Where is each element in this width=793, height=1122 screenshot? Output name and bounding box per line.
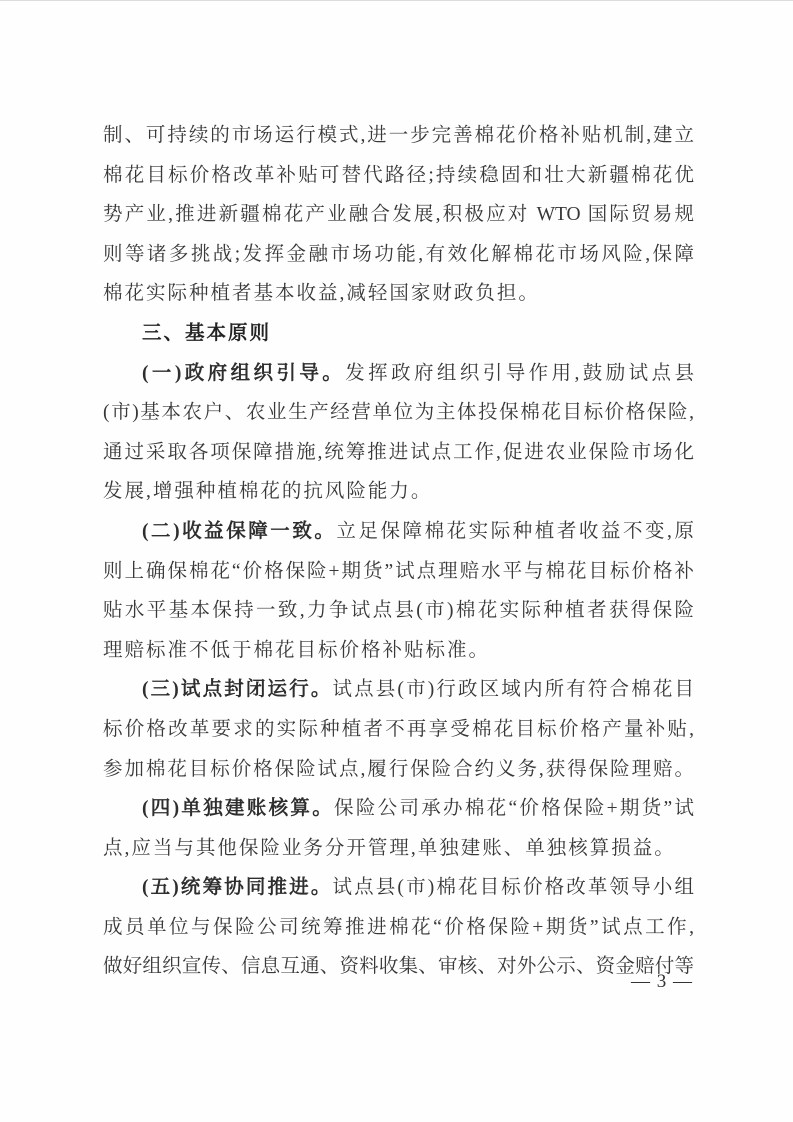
line-text: 参加棉花目标价格保险试点,履行保险合约义务,获得保险理赔。 [103, 759, 694, 780]
paragraph-line: 标价格改革要求的实际种植者不再享受棉花目标价格产量补贴, [103, 710, 694, 750]
document-body: 制、可持续的市场运行模式,进一步完善棉花价格补贴机制,建立 棉花目标价格改革补贴… [103, 116, 694, 987]
line-text: 贴水平基本保持一致,力争试点县(市)棉花实际种植者获得保险 [103, 600, 694, 621]
line-text: 棉花实际种植者基本收益,减轻国家财政负担。 [103, 283, 540, 304]
line-text: 通过采取各项保障措施,统筹推进试点工作,促进农业保险市场化 [103, 442, 694, 463]
paragraph-line: 贴水平基本保持一致,力争试点县(市)棉花实际种植者获得保险 [103, 591, 694, 631]
paragraph-line: (市)基本农户、农业生产经营单位为主体投保棉花目标价格保险, [103, 393, 694, 433]
section-heading-text: 三、基本原则 [142, 322, 271, 344]
line-text: 保险公司承办棉花“价格保险+期货”试 [334, 798, 694, 819]
paragraph-line: 点,应当与其他保险业务分开管理,单独建账、单独核算损益。 [103, 829, 694, 869]
paragraph-line: 棉花目标价格改革补贴可替代路径;持续稳固和壮大新疆棉花优 [103, 156, 694, 196]
paragraph-line: (一)政府组织引导。发挥政府组织引导作用,鼓励试点县 [103, 354, 694, 394]
clause-title: (五)统筹协同推进。 [142, 877, 332, 898]
paragraph-line: 做好组织宣传、信息互通、资料收集、审核、对外公示、资金赔付等 [103, 947, 694, 987]
paragraph-line: 发展,增强种植棉花的抗风险能力。 [103, 472, 694, 512]
paragraph-line: 势产业,推进新疆棉花产业融合发展,积极应对 WTO 国际贸易规 [103, 195, 694, 235]
page-scan-edge [0, 0, 793, 1]
paragraph-line: 通过采取各项保障措施,统筹推进试点工作,促进农业保险市场化 [103, 433, 694, 473]
line-text: 试点县(市)行政区域内所有符合棉花目 [332, 679, 694, 700]
clause-title: (一)政府组织引导。 [142, 363, 345, 384]
line-text: 立足保障棉花实际种植者收益不变,原 [336, 521, 694, 542]
line-text: 做好组织宣传、信息互通、资料收集、审核、对外公示、资金赔付等 [103, 956, 694, 977]
line-text: (市)基本农户、农业生产经营单位为主体投保棉花目标价格保险, [103, 402, 694, 423]
line-text: 试点县(市)棉花目标价格改革领导小组 [332, 877, 694, 898]
line-text: 势产业,推进新疆棉花产业融合发展,积极应对 WTO 国际贸易规 [103, 204, 694, 225]
line-text: 标价格改革要求的实际种植者不再享受棉花目标价格产量补贴, [103, 719, 694, 740]
line-text: 成员单位与保险公司统筹推进棉花“价格保险+期货”试点工作, [103, 917, 694, 938]
section-heading: 三、基本原则 [103, 314, 694, 354]
paragraph-line: (五)统筹协同推进。试点县(市)棉花目标价格改革领导小组 [103, 868, 694, 908]
paragraph-line: (四)单独建账核算。保险公司承办棉花“价格保险+期货”试 [103, 789, 694, 829]
paragraph-line: 成员单位与保险公司统筹推进棉花“价格保险+期货”试点工作, [103, 908, 694, 948]
paragraph-line: (三)试点封闭运行。试点县(市)行政区域内所有符合棉花目 [103, 670, 694, 710]
line-text: 发挥政府组织引导作用,鼓励试点县 [345, 363, 694, 384]
paragraph-line: 则等诸多挑战;发挥金融市场功能,有效化解棉花市场风险,保障 [103, 235, 694, 275]
line-text: 发展,增强种植棉花的抗风险能力。 [103, 481, 432, 502]
paragraph-line: 制、可持续的市场运行模式,进一步完善棉花价格补贴机制,建立 [103, 116, 694, 156]
paragraph-line: 棉花实际种植者基本收益,减轻国家财政负担。 [103, 274, 694, 314]
line-text: 则上确保棉花“价格保险+期货”试点理赔水平与棉花目标价格补 [103, 561, 694, 582]
paragraph-line: 参加棉花目标价格保险试点,履行保险合约义务,获得保险理赔。 [103, 750, 694, 790]
line-text: 点,应当与其他保险业务分开管理,单独建账、单独核算损益。 [103, 838, 676, 859]
line-text: 则等诸多挑战;发挥金融市场功能,有效化解棉花市场风险,保障 [103, 244, 694, 265]
paragraph-line: 理赔标准不低于棉花目标价格补贴标准。 [103, 631, 694, 671]
clause-title: (三)试点封闭运行。 [142, 679, 332, 700]
paragraph-line: (二)收益保障一致。立足保障棉花实际种植者收益不变,原 [103, 512, 694, 552]
page-number: — 3 — [631, 971, 693, 993]
line-text: 理赔标准不低于棉花目标价格补贴标准。 [103, 640, 490, 661]
line-text: 制、可持续的市场运行模式,进一步完善棉花价格补贴机制,建立 [103, 125, 694, 146]
clause-title: (二)收益保障一致。 [142, 521, 336, 542]
clause-title: (四)单独建账核算。 [142, 798, 334, 819]
line-text: 棉花目标价格改革补贴可替代路径;持续稳固和壮大新疆棉花优 [103, 165, 694, 186]
paragraph-line: 则上确保棉花“价格保险+期货”试点理赔水平与棉花目标价格补 [103, 552, 694, 592]
